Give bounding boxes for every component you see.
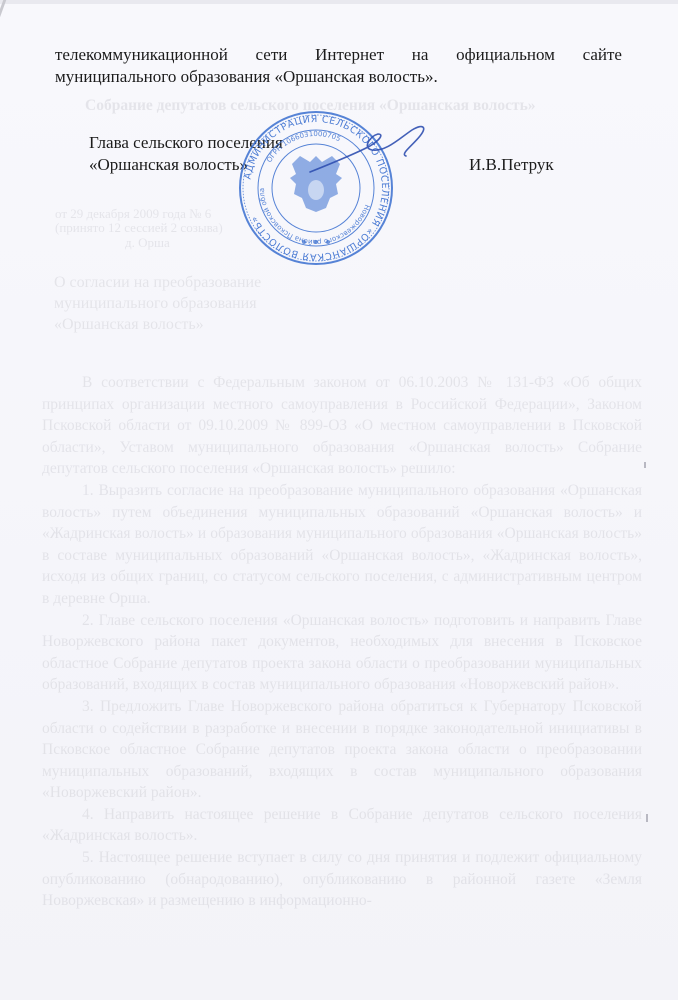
word: официальном [456, 44, 555, 66]
scanned-page: Собрание депутатов сельского поселения «… [0, 0, 678, 1000]
bleed-through-place: д. Орша [125, 236, 170, 250]
bleed-through-body: В соответствии с Федеральным законом от … [42, 372, 642, 912]
bleed-through-paragraph: 5. Настоящее решение вступает в силу со … [42, 847, 642, 912]
page-top-edge [0, 0, 678, 4]
word: сайте [583, 44, 622, 66]
bleed-through-paragraph: 3. Предложить Главе Новоржевского района… [42, 696, 642, 804]
scan-speck [646, 814, 648, 822]
bleed-through-title-line: «Оршанская волость» [54, 314, 261, 335]
bleed-through-session: (принято 12 сессией 2 созыва) [55, 221, 223, 235]
body-text-line-1: телекоммуникационной сети Интернет на оф… [55, 44, 622, 66]
body-text-line-2: муниципального образования «Оршанская во… [55, 66, 438, 88]
bleed-through-paragraph: В соответствии с Федеральным законом от … [42, 372, 642, 480]
word: Интернет [315, 44, 384, 66]
signatory-position-line-2: «Оршанская волость» [89, 154, 248, 176]
bleed-through-title-line: муниципального образования [54, 293, 261, 314]
bleed-through-date: от 29 декабря 2009 года № 6 [55, 207, 211, 221]
word: на [412, 44, 429, 66]
bleed-through-paragraph: 1. Выразить согласие на преобразование м… [42, 480, 642, 610]
bleed-through-title-line: О согласии на преобразование [54, 272, 261, 293]
bleed-through-paragraph: 4. Направить настоящее решение в Собрани… [42, 804, 642, 847]
signatory-name: И.В.Петрук [469, 154, 554, 176]
handwritten-signature-icon [300, 120, 440, 180]
word: сети [256, 44, 288, 66]
word: телекоммуникационной [55, 44, 228, 66]
bleed-through-paragraph: 2. Главе сельского поселения «Оршанская … [42, 610, 642, 696]
scan-speck [644, 462, 646, 468]
bleed-through-title: О согласии на преобразование муниципальн… [54, 272, 261, 335]
